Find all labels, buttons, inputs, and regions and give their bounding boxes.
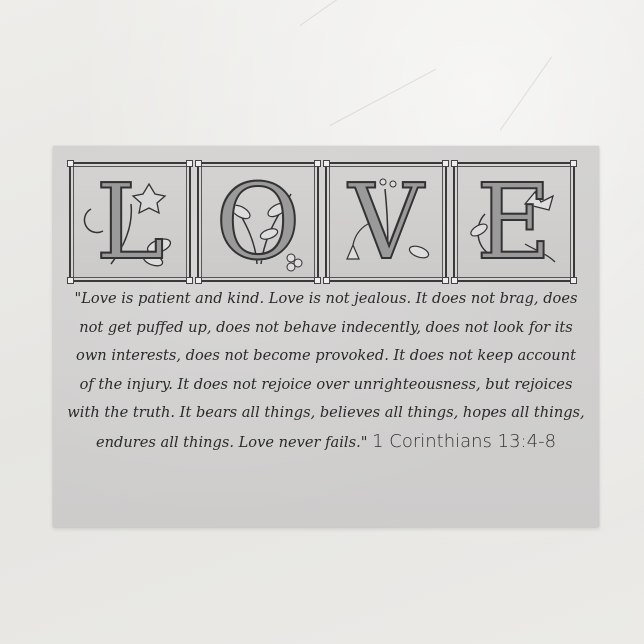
verse-line: not get puffed up, does not behave indec… (63, 314, 589, 343)
letter: O (199, 164, 317, 280)
letter: L (71, 164, 189, 280)
marble-vein (500, 56, 552, 130)
marble-vein (300, 0, 358, 26)
verse-text: endures all things. Love never fails." (96, 434, 367, 451)
letter-tile-e: E (453, 162, 575, 282)
verse-line: own interests, does not become provoked.… (63, 342, 589, 371)
letter-tile-o: O (197, 162, 319, 282)
verse-line: with the truth. It bears all things, bel… (63, 399, 589, 428)
verse-line-last: endures all things. Love never fails." 1… (63, 428, 589, 458)
letter: V (327, 164, 445, 280)
letter: E (455, 164, 573, 280)
letter-tile-l: L (69, 162, 191, 282)
love-title: L O V (69, 142, 583, 282)
bible-verse: "Love is patient and kind. Love is not j… (63, 285, 589, 457)
letter-tile-v: V (325, 162, 447, 282)
verse-line: of the injury. It does not rejoice over … (63, 371, 589, 400)
verse-reference: 1 Corinthians 13:4-8 (372, 431, 556, 452)
postcard: L O V (53, 146, 599, 527)
verse-line: "Love is patient and kind. Love is not j… (63, 285, 589, 314)
marble-vein (330, 69, 436, 126)
